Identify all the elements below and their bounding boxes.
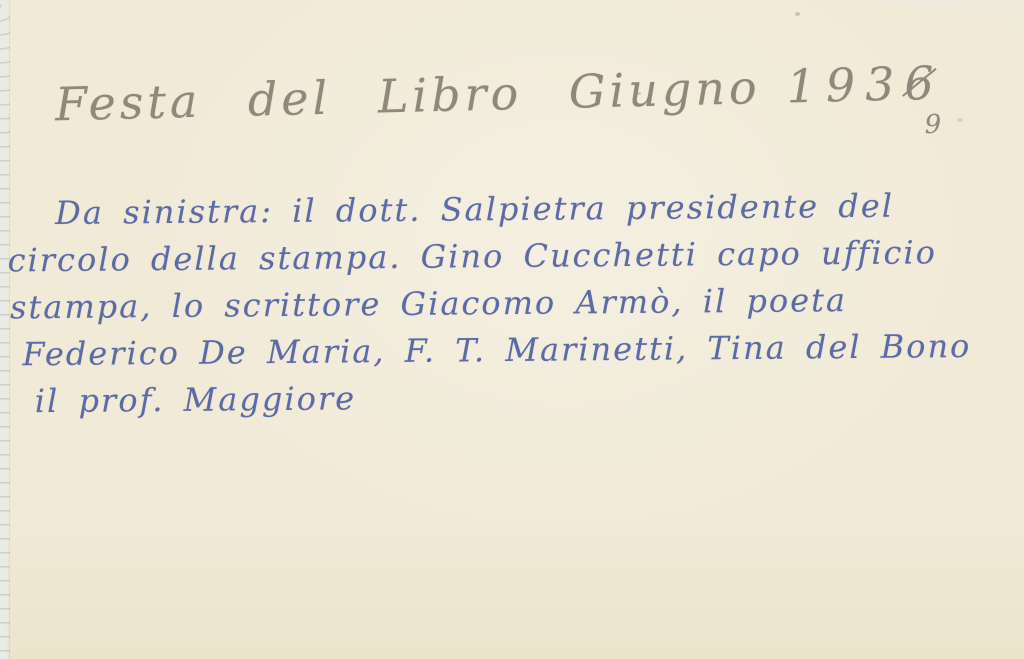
caption-line: il prof. Maggiore <box>9 370 1014 426</box>
caption-line: Federico De Maria, F. T. Marinetti, Tina… <box>8 323 1013 379</box>
heading-text: Festa del Libro Giugno <box>54 60 761 131</box>
top-right-photo-edge <box>874 0 1024 30</box>
heading-corrected-digit: 9 <box>924 110 941 140</box>
heading-year-prefix: 193 <box>786 57 905 114</box>
caption-line: circolo della stampa. Gino Cucchetti cap… <box>7 229 1012 285</box>
paper-speck <box>795 12 800 16</box>
heading-struck-digit: 6 <box>904 56 939 111</box>
photo-back-paper: Festa del Libro Giugno19369 Da sinistra:… <box>0 0 1024 659</box>
pencil-heading: Festa del Libro Giugno19369 <box>54 55 985 132</box>
ink-caption: Da sinistra: il dott. Salpietra presiden… <box>7 182 1014 426</box>
paper-speck <box>957 118 963 122</box>
